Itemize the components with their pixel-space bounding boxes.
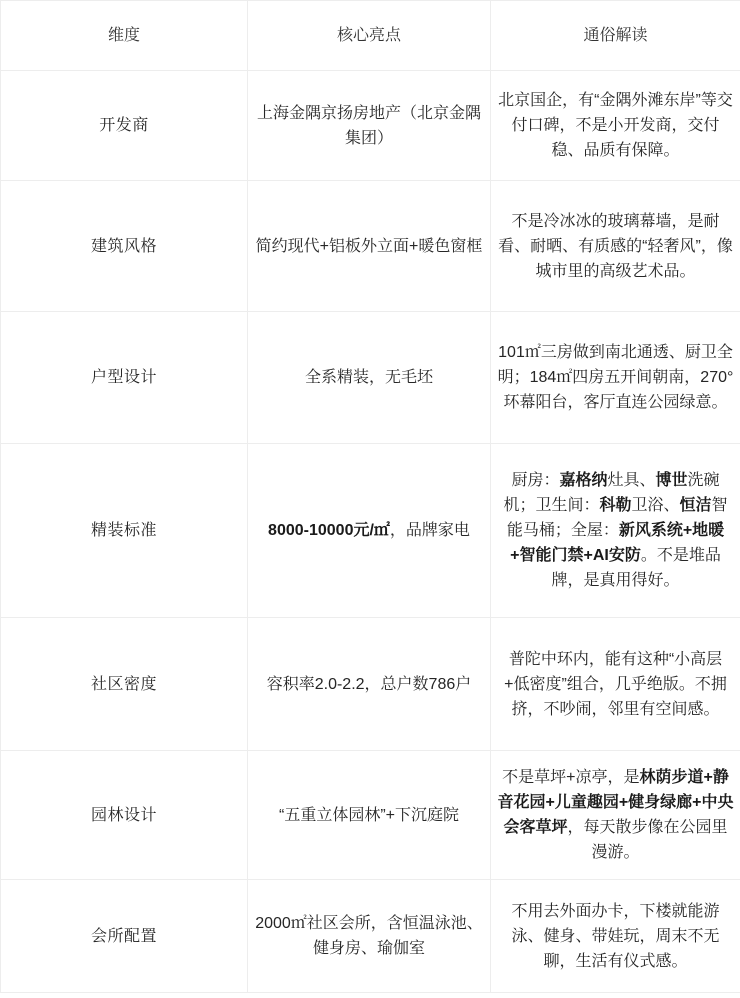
table-row: 园林设计 “五重立体园林”+下沉庭院 不是草坪+凉亭，是林荫步道+静音花园+儿童… [1,751,740,880]
interpretation-cell: 不用去外面办卡，下楼就能游泳、健身、带娃玩，周末不无聊，生活有仪式感。 [491,880,740,993]
highlight-cell: 上海金隅京扬房地产（北京金隅集团） [248,71,491,181]
table-row: 社区密度 容积率2.0-2.2，总户数786户 普陀中环内，能有这种“小高层+低… [1,618,740,751]
header-dimension: 维度 [1,1,248,71]
highlight-cell: “五重立体园林”+下沉庭院 [248,751,491,880]
text-segment: 全系精装，无毛坯 [305,369,433,386]
dimension-cell: 会所配置 [1,880,248,993]
interpretation-cell: 普陀中环内，能有这种“小高层+低密度”组合，几乎绝版。不拥挤，不吵闹，邻里有空间… [491,618,740,751]
interpretation-cell: 不是草坪+凉亭，是林荫步道+静音花园+儿童趣园+健身绿廊+中央会客草坪，每天散步… [491,751,740,880]
text-segment: 101㎡三房做到南北通透、厨卫全明；184㎡四房五开间朝南，270°环幕阳台，客… [498,344,734,411]
comparison-table: 维度 核心亮点 通俗解读 开发商 上海金隅京扬房地产（北京金隅集团） 北京国企，… [0,0,740,993]
text-segment: 厨房： [511,472,559,489]
text-segment: 简约现代+铝板外立面+暖色窗框 [256,238,483,255]
text-segment: 上海金隅京扬房地产（北京金隅集团） [257,105,481,147]
text-segment: 不是冷冰冰的玻璃幕墙，是耐看、耐晒、有质感的“轻奢风”，像城市里的高级艺术品。 [498,213,733,280]
text-segment: 北京国企，有“金隅外滩东岸”等交付口碑，不是小开发商，交付稳、品质有保障。 [498,92,733,159]
header-row: 维度 核心亮点 通俗解读 [1,1,740,71]
dimension-cell: 户型设计 [1,312,248,444]
dimension-cell: 开发商 [1,71,248,181]
interpretation-cell: 101㎡三房做到南北通透、厨卫全明；184㎡四房五开间朝南，270°环幕阳台，客… [491,312,740,444]
highlight-cell: 全系精装，无毛坯 [248,312,491,444]
table-row: 会所配置 2000㎡社区会所，含恒温泳池、健身房、瑜伽室 不用去外面办卡，下楼就… [1,880,740,993]
highlight-cell: 2000㎡社区会所，含恒温泳池、健身房、瑜伽室 [248,880,491,993]
dimension-cell: 建筑风格 [1,181,248,312]
text-segment: “五重立体园林”+下沉庭院 [279,807,459,824]
interpretation-cell: 北京国企，有“金隅外滩东岸”等交付口碑，不是小开发商，交付稳、品质有保障。 [491,71,740,181]
text-segment: 卫浴、 [631,497,679,514]
text-segment: ，每天散步像在公园里漫游。 [568,819,728,861]
highlight-cell: 8000-10000元/㎡，品牌家电 [248,444,491,618]
text-segment: ，品牌家电 [390,522,470,539]
bold-text-segment: 恒洁 [680,497,712,514]
bold-text-segment: 博世 [656,472,688,489]
text-segment: 普陀中环内，能有这种“小高层+低密度”组合，几乎绝版。不拥挤，不吵闹，邻里有空间… [504,651,727,718]
document-page: 维度 核心亮点 通俗解读 开发商 上海金隅京扬房地产（北京金隅集团） 北京国企，… [0,0,740,998]
text-segment: 容积率2.0-2.2，总户数786户 [267,676,472,693]
dimension-cell: 社区密度 [1,618,248,751]
bold-text-segment: 科勒 [599,497,631,514]
header-highlights: 核心亮点 [248,1,491,71]
text-segment: 不是草坪+凉亭，是 [502,769,639,786]
bold-text-segment: 嘉格纳 [559,472,607,489]
table-row: 开发商 上海金隅京扬房地产（北京金隅集团） 北京国企，有“金隅外滩东岸”等交付口… [1,71,740,181]
table-row: 精装标准 8000-10000元/㎡，品牌家电 厨房：嘉格纳灶具、博世洗碗机；卫… [1,444,740,618]
text-segment: 灶具、 [607,472,655,489]
bold-text-segment: 8000-10000元/㎡ [268,522,390,539]
highlight-cell: 容积率2.0-2.2，总户数786户 [248,618,491,751]
text-segment: 2000㎡社区会所，含恒温泳池、健身房、瑜伽室 [255,915,483,957]
interpretation-cell: 不是冷冰冰的玻璃幕墙，是耐看、耐晒、有质感的“轻奢风”，像城市里的高级艺术品。 [491,181,740,312]
dimension-cell: 园林设计 [1,751,248,880]
table-row: 建筑风格 简约现代+铝板外立面+暖色窗框 不是冷冰冰的玻璃幕墙，是耐看、耐晒、有… [1,181,740,312]
table-row: 户型设计 全系精装，无毛坯 101㎡三房做到南北通透、厨卫全明；184㎡四房五开… [1,312,740,444]
interpretation-cell: 厨房：嘉格纳灶具、博世洗碗机；卫生间：科勒卫浴、恒洁智能马桶；全屋：新风系统+地… [491,444,740,618]
highlight-cell: 简约现代+铝板外立面+暖色窗框 [248,181,491,312]
header-interpretation: 通俗解读 [491,1,740,71]
text-segment: 不用去外面办卡，下楼就能游泳、健身、带娃玩，周末不无聊，生活有仪式感。 [511,903,719,970]
dimension-cell: 精装标准 [1,444,248,618]
